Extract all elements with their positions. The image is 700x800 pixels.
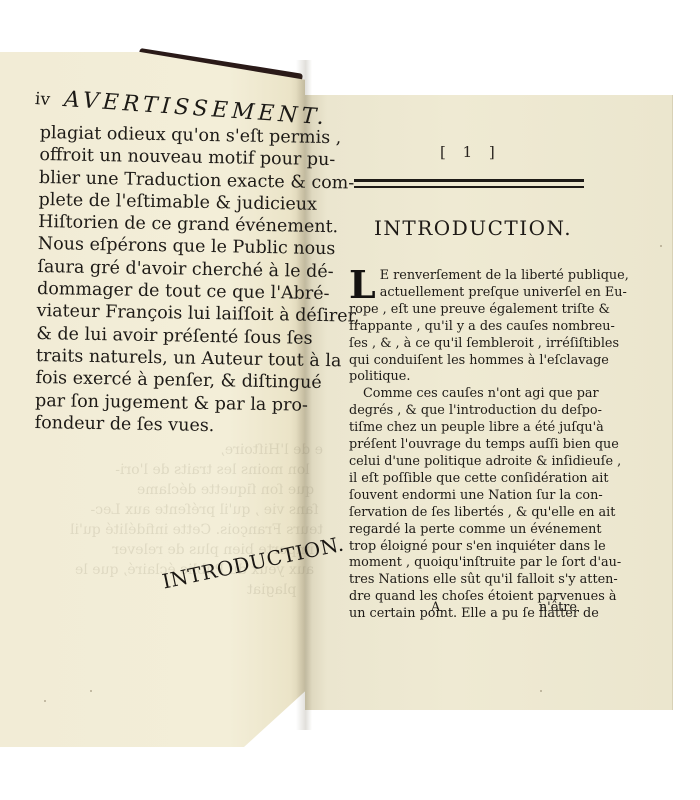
text-line: ſouvent endormi une Nation ſur la con- (349, 488, 577, 505)
paragraph-1: L E renverſement de la liberté publique,… (349, 268, 577, 386)
text-line: moment , quoiqu'inſtruite par le ſort d'… (349, 555, 577, 572)
text-line: E renverſement de la liberté publique, (349, 268, 577, 285)
text-line: politique. (349, 369, 577, 386)
catchword-right: n'être (539, 600, 577, 615)
drop-cap: L (349, 269, 376, 301)
text-line: tres Nations elle sût qu'il falloit s'y … (349, 572, 577, 589)
paper-speck (470, 292, 472, 294)
chapter-title: INTRODUCTION. (374, 216, 572, 240)
text-line: tiſme chez un peuple libre a été juſqu'à (349, 420, 577, 437)
paper-speck (540, 690, 542, 692)
signature-mark: A (431, 600, 440, 615)
text-line: fondeur de ſes vues. (35, 412, 297, 439)
paper-speck (90, 690, 92, 692)
text-line: rope , eſt une preuve également triſte & (349, 302, 577, 319)
text-line: qui conduiſent les hommes à l'eſclavage (349, 353, 577, 370)
double-rule-bottom (354, 186, 584, 188)
left-page-body: plagiat odieux qu'on s'eſt permis , offr… (35, 122, 302, 439)
text-line: regardé la perte comme un événement (349, 522, 577, 539)
text-line: actuellement preſque univerſel en Eu- (349, 285, 577, 302)
text-line: degrés , & que l'introduction du deſpo- (349, 403, 577, 420)
text-line: il eſt poſſible que cette conſidération … (349, 471, 577, 488)
paragraph-2: Comme ces cauſes n'ont agi que par degré… (349, 386, 577, 623)
text-line: ſervation de ſes libertés , & qu'elle en… (349, 505, 577, 522)
right-page-body: L E renverſement de la liberté publique,… (349, 268, 577, 623)
paper-speck (660, 245, 662, 247)
page-number-right: [ 1 ] (440, 143, 501, 161)
text-line: frappante , qu'il y a des cauſes nombreu… (349, 319, 577, 336)
text-line: préſent l'ouvrage du temps auſſi bien qu… (349, 437, 577, 454)
text-line: celui d'une politique adroite & inſidieu… (349, 454, 577, 471)
text-line: ſes , & , à ce qu'il ſembleroit , irréſi… (349, 336, 577, 353)
signature-line: A n'être (349, 600, 577, 615)
page-number: iv (34, 89, 50, 110)
double-rule-top (354, 179, 584, 182)
text-line: Comme ces cauſes n'ont agi que par (349, 386, 577, 403)
paper-speck (44, 700, 46, 702)
text-line: trop éloigné pour s'en inquiéter dans le (349, 539, 577, 556)
